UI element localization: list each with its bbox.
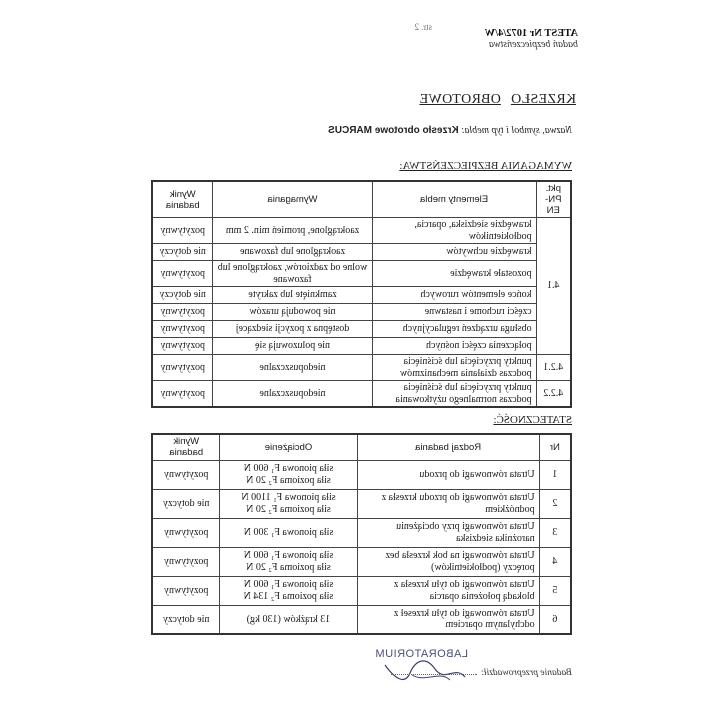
cell-nr: 3 [539,518,571,547]
table-row: 4.2.2punkty przycięcia lub ściśnięcia po… [152,381,571,408]
cell-requirement: zaokrąglone, promień min. 2 mm [213,218,372,244]
cell-result: pozytywny [152,460,220,489]
table-row: końce elementów rurowychzamknięte lub za… [152,287,571,304]
header-result: Wynik badania [152,434,220,460]
header-pkt: pkt. PN-EN [536,181,571,218]
cell-result: pozytywny [152,261,213,287]
title-word-2: OBROTOWE [419,92,500,107]
cell-element: końce elementów rurowych [372,287,536,304]
table-row: 6Utrata równowagi do tyłu krzeseł z odch… [152,605,571,634]
cell-element: części ruchome i nastawne [372,304,536,321]
cell-result: pozytywny [152,381,213,408]
product-name-label: Nazwa, symbol i typ mebla: [461,125,572,136]
cell-element: połączenia części nośnych [372,338,536,355]
header-nr: Nr [539,434,571,460]
cell-result: nie dotyczy [152,605,220,634]
cell-result: pozytywny [152,576,220,605]
cell-result: pozytywny [152,338,213,355]
cell-element: obsługa urządzeń regulacyjnych [372,321,536,338]
table-row: obsługa urządzeń regulacyjnychdostępna z… [152,321,571,338]
safety-requirements-table: pkt. PN-EN Elementy mebla Wymagania Wyni… [151,180,572,408]
cell-result: nie dotyczy [152,489,220,518]
cell-requirement: wolne od zadziorów, zaokrąglone lub fazo… [213,261,372,287]
title-word-1: KRZESŁO [511,92,576,107]
attest-subtitle: badań bezpieczeństwa [418,39,578,50]
cell-result: pozytywny [152,321,213,338]
cell-load: siła pionowa F₁ 600 Nsiła pozioma F₂ 20 … [220,547,357,576]
cell-nr: 2 [539,489,571,518]
cell-result: nie dotyczy [152,244,213,261]
cell-element: krawędzie uchwytów [372,244,536,261]
product-name-value: Krzesło obrotowe MARCUS [328,125,459,136]
stability-section-title: STATECZNOŚĆ: [493,414,572,426]
safety-section-title: WYMAGANIA BEZPIECZEŃSTWA: [399,160,572,172]
table-row: połączenia części nośnychnie poluzowują … [152,338,571,355]
cell-nr: 4 [539,547,571,576]
signature-label: Badanie przeprowadził: [481,668,572,678]
table-header-row: pkt. PN-EN Elementy mebla Wymagania Wyni… [152,181,571,218]
table-row: krawędzie uchwytówzaokrąglone lub fazowa… [152,244,571,261]
document-title: KRZESŁOOBROTOWE [409,92,576,108]
table-row: pozostałe krawędziewolne od zadziorów, z… [152,261,571,287]
cell-load: siła pionowa F₁ 600 Nsiła pozioma F₂ 20 … [220,460,357,489]
cell-nr: 6 [539,605,571,634]
attest-number: ATEST Nr 1072/4/W [418,28,578,39]
cell-pkt: 4.2.2 [536,381,571,408]
table-header-row: Nr Rodzaj badania Obciążenie Wynik badan… [152,434,571,460]
load-line: siła pionowa F₁ 600 N [224,550,352,562]
cell-load: 13 krążków (130 kg) [220,605,357,634]
load-line: siła pozioma F₂ 134 N [224,591,352,603]
cell-load: siła pionowa F₁ 300 N [220,518,357,547]
table-row: 3Utrata równowagi przy obciążeniu narożn… [152,518,571,547]
load-line: siła pionowa F₁ 1100 N [224,492,352,504]
table-row: 1Utrata równowagi do przodusiła pionowa … [152,460,571,489]
cell-element: pozostałe krawędzie [372,261,536,287]
load-line: siła pionowa F₁ 600 N [224,463,352,475]
signature-dots [391,674,477,675]
cell-test-type: Utrata równowagi przy obciążeniu narożni… [357,518,539,547]
cell-pkt: 4.1 [536,218,571,355]
cell-requirement: niedopuszczalne [213,355,372,381]
cell-nr: 5 [539,576,571,605]
table-row: 2Utrata równowagi do przodu krzesła z po… [152,489,571,518]
header-elements: Elementy mebla [372,181,536,218]
cell-requirement: nie powodują urazów [213,304,372,321]
cell-test-type: Utrata równowagi do tyłu krzeseł z odchy… [357,605,539,634]
cell-result: pozytywny [152,547,220,576]
cell-requirement: niedopuszczalne [213,381,372,408]
load-line: siła pozioma F₂ 20 N [224,475,352,487]
product-name-line: Nazwa, symbol i typ mebla: Krzesło obrot… [328,125,572,136]
cell-load: siła pionowa F₁ 1100 Nsiła pozioma F₂ 20… [220,489,357,518]
header-requirements: Wymagania [213,181,372,218]
cell-result: pozytywny [152,518,220,547]
header-result: Wynik badania [152,181,213,218]
load-line: siła pozioma F₂ 20 N [224,504,352,516]
attest-header: ATEST Nr 1072/4/W badań bezpieczeństwa [418,28,578,50]
stability-table: Nr Rodzaj badania Obciążenie Wynik badan… [151,433,572,635]
cell-nr: 1 [539,460,571,489]
signature-line: Badanie przeprowadził: [391,668,572,678]
cell-requirement: dostępna z pozycji siedzącej [213,321,372,338]
cell-result: pozytywny [152,355,213,381]
header-load: Obciążenie [220,434,357,460]
cell-load: siła pionowa F₁ 600 Nsiła pozioma F₂ 134… [220,576,357,605]
load-line: siła pionowa F₁ 300 N [224,527,352,539]
cell-element: krawędzie siedziska, oparcia, podłokietn… [372,218,536,244]
load-line: 13 krążków (130 kg) [224,614,352,626]
cell-result: pozytywny [152,304,213,321]
cell-test-type: Utrata równowagi na bok krzesła bez porę… [357,547,539,576]
table-row: części ruchome i nastawnenie powodują ur… [152,304,571,321]
cell-requirement: zaokrąglone lub fazowane [213,244,372,261]
cell-result: pozytywny [152,218,213,244]
cell-test-type: Utrata równowagi do przodu krzesła z pod… [357,489,539,518]
document-page: str. 2 ATEST Nr 1072/4/W badań bezpiecze… [0,0,720,720]
load-line: siła pozioma F₂ 20 N [224,562,352,574]
table-row: 4Utrata równowagi na bok krzesła bez por… [152,547,571,576]
cell-element: punkty przycięcia lub ściśnięcia podczas… [372,355,536,381]
cell-test-type: Utrata równowagi do tyłu krzesła z bloka… [357,576,539,605]
table-row: 4.1krawędzie siedziska, oparcia, podłoki… [152,218,571,244]
table-row: 5Utrata równowagi do tyłu krzesła z blok… [152,576,571,605]
load-line: siła pionowa F₁ 600 N [224,579,352,591]
table-row: 4.2.1punkty przycięcia lub ściśnięcia po… [152,355,571,381]
cell-pkt: 4.2.1 [536,355,571,381]
cell-requirement: zamknięte lub zakryte [213,287,372,304]
cell-element: punkty przycięcia lub ściśnięcia podczas… [372,381,536,408]
cell-requirement: nie poluzowują się [213,338,372,355]
cell-test-type: Utrata równowagi do przodu [357,460,539,489]
header-test-type: Rodzaj badania [357,434,539,460]
cell-result: nie dotyczy [152,287,213,304]
